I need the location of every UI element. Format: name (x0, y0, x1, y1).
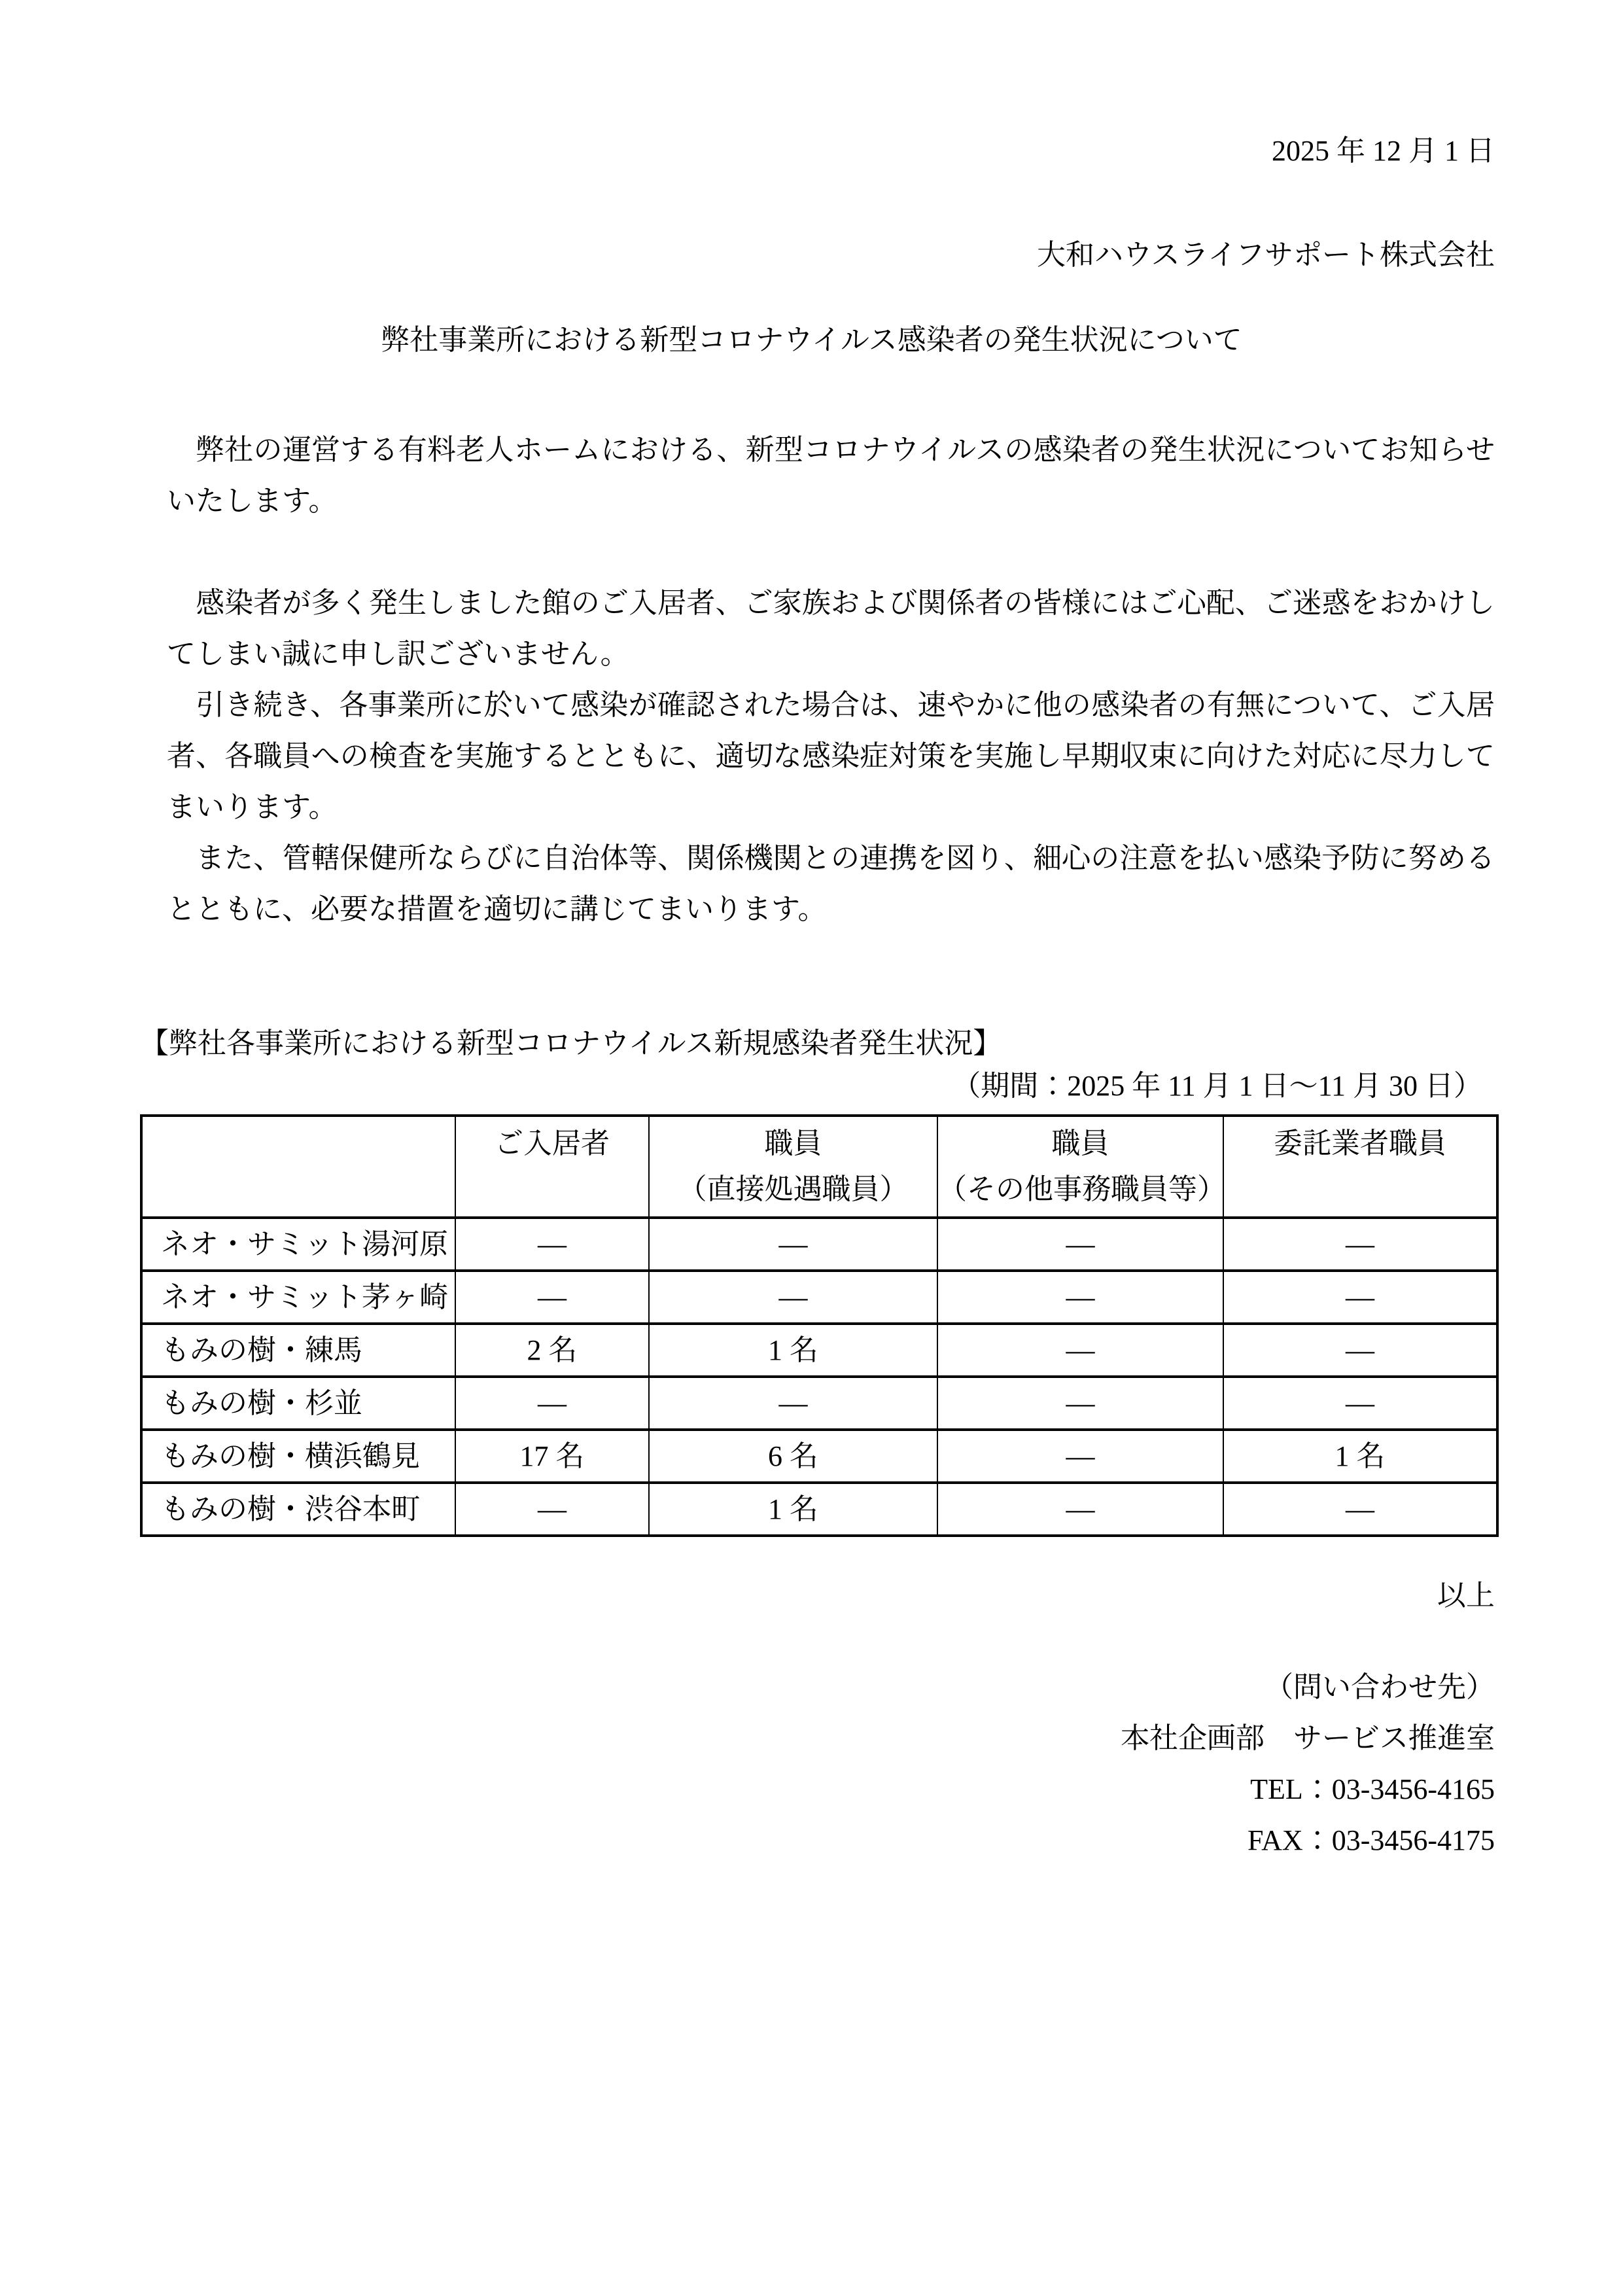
facility-name-cell: ネオ・サミット湯河原 (141, 1218, 455, 1271)
table-row: もみの樹・練馬 2 名 1 名 ― ― (141, 1324, 1497, 1377)
value-cell: ― (1223, 1271, 1497, 1324)
contact-block: （問い合わせ先） 本社企画部 サービス推進室 TEL：03-3456-4165 … (1121, 1662, 1495, 1866)
value-cell: ― (649, 1377, 937, 1430)
value-cell: ― (455, 1271, 649, 1324)
value-cell: ― (455, 1218, 649, 1271)
col-header-staff-direct: 職員 （直接処遇職員） (649, 1116, 937, 1218)
document-page: 2025 年 12 月 1 日 大和ハウスライフサポート株式会社 弊社事業所にお… (0, 0, 1623, 2296)
facility-name-cell: ネオ・サミット茅ヶ崎 (141, 1271, 455, 1324)
document-body: 弊社の運営する有料老人ホームにおける、新型コロナウイルスの感染者の発生状況につい… (167, 425, 1495, 935)
facility-name-cell: もみの樹・練馬 (141, 1324, 455, 1377)
col-header-residents: ご入居者 (455, 1116, 649, 1218)
value-cell: ― (1223, 1483, 1497, 1536)
value-cell: ― (649, 1218, 937, 1271)
value-cell: 6 名 (649, 1430, 937, 1483)
contact-department: 本社企画部 サービス推進室 (1121, 1713, 1495, 1764)
value-cell: ― (937, 1271, 1223, 1324)
value-cell: 2 名 (455, 1324, 649, 1377)
table-row: ネオ・サミット湯河原 ― ― ― ― (141, 1218, 1497, 1271)
table-header: ご入居者 職員 （直接処遇職員） 職員 （その他事務職員等） 委託業者職員 (141, 1116, 1497, 1218)
col-header-staff-direct-line2: （直接処遇職員） (650, 1167, 937, 1212)
value-cell: 17 名 (455, 1430, 649, 1483)
corner-cell (141, 1116, 455, 1218)
table-row: もみの樹・杉並 ― ― ― ― (141, 1377, 1497, 1430)
document-title: 弊社事業所における新型コロナウイルス感染者の発生状況について (0, 315, 1623, 366)
paragraph-apology: 感染者が多く発生しました館のご入居者、ご家族および関係者の皆様にはご心配、ご迷惑… (167, 578, 1495, 680)
table-row: ネオ・サミット茅ヶ崎 ― ― ― ― (141, 1271, 1497, 1324)
value-cell: ― (937, 1430, 1223, 1483)
contact-label: （問い合わせ先） (1121, 1662, 1495, 1713)
value-cell: ― (937, 1218, 1223, 1271)
value-cell: 1 名 (649, 1483, 937, 1536)
value-cell: ― (1223, 1324, 1497, 1377)
value-cell: ― (649, 1271, 937, 1324)
document-date: 2025 年 12 月 1 日 (0, 126, 1495, 177)
closing-text: 以上 (1437, 1570, 1495, 1621)
company-name: 大和ハウスライフサポート株式会社 (0, 230, 1495, 281)
value-cell: ― (1223, 1218, 1497, 1271)
facility-name-cell: もみの樹・横浜鶴見 (141, 1430, 455, 1483)
infection-status-table: ご入居者 職員 （直接処遇職員） 職員 （その他事務職員等） 委託業者職員 ネオ… (140, 1114, 1499, 1537)
value-cell: ― (937, 1324, 1223, 1377)
table-body: ネオ・サミット湯河原 ― ― ― ― ネオ・サミット茅ヶ崎 ― ― ― ― もみ… (141, 1218, 1497, 1536)
value-cell: 1 名 (649, 1324, 937, 1377)
paragraph-intro: 弊社の運営する有料老人ホームにおける、新型コロナウイルスの感染者の発生状況につい… (167, 425, 1495, 527)
table-row: もみの樹・渋谷本町 ― 1 名 ― ― (141, 1483, 1497, 1536)
col-header-staff-other-line1: 職員 (938, 1121, 1223, 1167)
value-cell: ― (937, 1377, 1223, 1430)
value-cell: ― (455, 1377, 649, 1430)
value-cell: ― (1223, 1377, 1497, 1430)
col-header-staff-direct-line1: 職員 (650, 1121, 937, 1167)
facility-name-cell: もみの樹・渋谷本町 (141, 1483, 455, 1536)
contact-tel: TEL：03-3456-4165 (1121, 1764, 1495, 1815)
contact-fax: FAX：03-3456-4175 (1121, 1815, 1495, 1866)
paragraph-prevention: また、管轄保健所ならびに自治体等、関係機関との連携を図り、細心の注意を払い感染予… (167, 833, 1495, 935)
value-cell: ― (455, 1483, 649, 1536)
col-header-contractors: 委託業者職員 (1223, 1116, 1497, 1218)
col-header-residents-label: ご入居者 (456, 1121, 648, 1167)
table-row: もみの樹・横浜鶴見 17 名 6 名 ― 1 名 (141, 1430, 1497, 1483)
paragraph-response: 引き続き、各事業所に於いて感染が確認された場合は、速やかに他の感染者の有無につい… (167, 680, 1495, 833)
value-cell: 1 名 (1223, 1430, 1497, 1483)
col-header-staff-other: 職員 （その他事務職員等） (937, 1116, 1223, 1218)
table-header-row: ご入居者 職員 （直接処遇職員） 職員 （その他事務職員等） 委託業者職員 (141, 1116, 1497, 1218)
facility-name-cell: もみの樹・杉並 (141, 1377, 455, 1430)
value-cell: ― (937, 1483, 1223, 1536)
col-header-staff-other-line2: （その他事務職員等） (938, 1167, 1223, 1212)
table-section-heading: 【弊社各事業所における新型コロナウイルス新規感染者発生状況】 (140, 1018, 1002, 1069)
col-header-contractors-label: 委託業者職員 (1224, 1121, 1496, 1167)
table-period: （期間：2025 年 11 月 1 日～11 月 30 日） (952, 1061, 1482, 1112)
